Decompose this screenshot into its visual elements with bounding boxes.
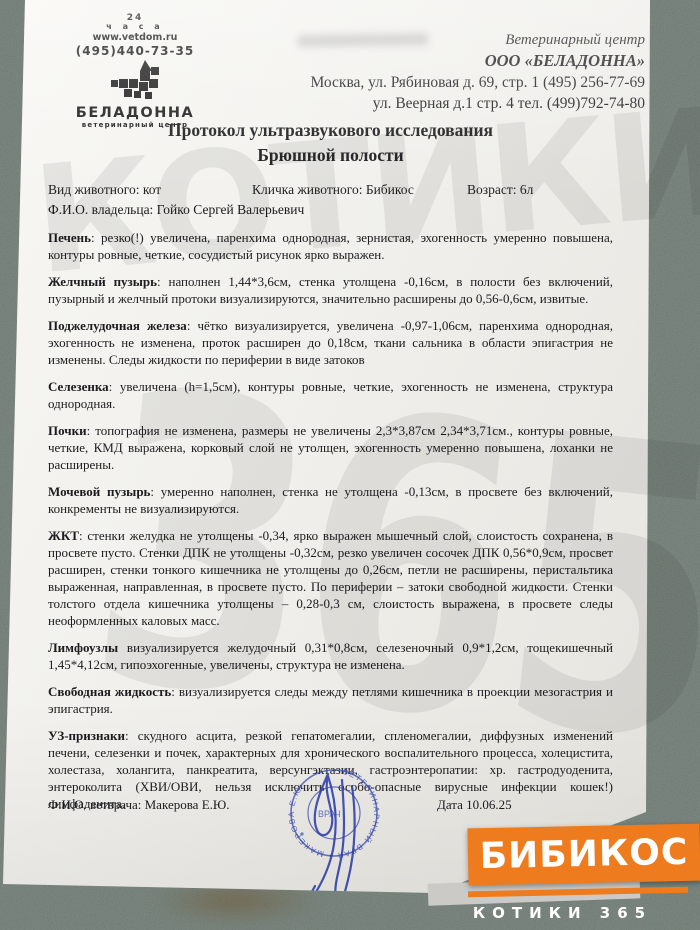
section-gallbladder: Желчный пузырь: наполнен 1,44*3,6см, сте… — [48, 273, 613, 307]
blurred-redaction — [298, 33, 428, 47]
section-label: Поджелудочная железа — [48, 318, 187, 333]
brand-name: БИБИКОС — [479, 832, 688, 877]
section-kidneys: Почки: топография не изменена, размеры н… — [48, 422, 613, 473]
logo-phone: (495)440-73-35 — [70, 44, 200, 58]
section-label: Свободная жидкость — [48, 684, 171, 699]
section-text: : топография не изменена, размеры не уве… — [48, 423, 613, 472]
brand-orange-box: БИБИКОС — [467, 824, 700, 886]
section-bladder: Мочевой пузырь: умеренно наполнен, стенк… — [48, 483, 613, 517]
stamp-center-text: ВРАЧ — [318, 809, 341, 819]
section-text: визуализируется желудочный 0,31*0,8см, с… — [48, 640, 613, 672]
section-text: : увеличена (h=1,5см), контуры ровные, ч… — [48, 379, 613, 411]
section-git: ЖКТ: стенки желудка не утолщены -0,34, я… — [48, 527, 613, 629]
section-free-fluid: Свободная жидкость: визуализируется след… — [48, 683, 613, 717]
brand-tagline: КОТИКИ 365 — [455, 904, 670, 922]
section-label: Почки — [48, 423, 87, 438]
photo-of-vet-ultrasound-protocol: 24 ч а с а www.vetdom.ru (495)440-73-35 — [0, 0, 700, 930]
clinic-company-name: ООО «БЕЛАДОННА» — [225, 51, 645, 71]
section-spleen: Селезенка: увеличена (h=1,5см), контуры … — [48, 378, 613, 412]
section-lymphnodes: Лимфоузлы визуализируется желудочный 0,3… — [48, 639, 613, 673]
section-liver: Печень: резко(!) увеличена, паренхима од… — [48, 229, 613, 263]
animal-nickname: Кличка животного: Бибикос — [252, 182, 414, 198]
section-label: Мочевой пузырь — [48, 484, 150, 499]
animal-age: Возраст: 6л — [467, 182, 533, 198]
clinic-type: Ветеринарный центр — [225, 32, 645, 49]
section-label: Лимфоузлы — [48, 640, 118, 655]
owner-name: Ф.И.О. владельца: Гойко Сергей Валерьеви… — [48, 202, 304, 218]
logo-hours-word: ч а с а — [70, 22, 200, 31]
section-label: Селезенка — [48, 379, 109, 394]
section-label: УЗ-признаки — [48, 728, 125, 743]
clinic-address-2: ул. Веерная д.1 стр. 4 тел. (499)792-74-… — [225, 95, 645, 113]
title-line-2: Брюшной полости — [48, 143, 613, 168]
logo-website: www.vetdom.ru — [70, 32, 200, 43]
clinic-address-block: Ветеринарный центр ООО «БЕЛАДОННА» Москв… — [225, 32, 645, 113]
clinic-logo-block: 24 ч а с а www.vetdom.ru (495)440-73-35 — [70, 13, 200, 129]
exam-date: Дата 10.06.25 — [437, 797, 512, 813]
section-text: : резко(!) увеличена, паренхима однородн… — [48, 230, 613, 262]
animal-kind: Вид животного: кот — [48, 182, 161, 198]
patient-info: Вид животного: кот Кличка животного: Биб… — [48, 182, 613, 222]
title-line-1: Протокол ультразвукового исследования — [48, 118, 613, 143]
document-sheet: 24 ч а с а www.vetdom.ru (495)440-73-35 — [0, 0, 700, 930]
section-label: Печень — [48, 230, 91, 245]
section-text: : стенки желудка не утолщены -0,34, ярко… — [48, 528, 613, 628]
document-title: Протокол ультразвукового исследования Бр… — [48, 118, 613, 168]
section-pancreas: Поджелудочная железа: чётко визуализируе… — [48, 317, 613, 368]
clinic-address-1: Москва, ул. Рябиновая д. 69, стр. 1 (495… — [225, 74, 645, 92]
section-label: ЖКТ — [48, 528, 79, 543]
findings-body: Печень: резко(!) увеличена, паренхима од… — [48, 229, 613, 822]
bibikos-brand-plate: БИБИКОС КОТИКИ 365 — [455, 820, 700, 930]
section-label: Желчный пузырь — [48, 274, 157, 289]
vet-name: Ф.И.О. ветврача: Макерова Е.Ю. — [48, 797, 230, 813]
pixel-dog-icon — [107, 60, 163, 100]
